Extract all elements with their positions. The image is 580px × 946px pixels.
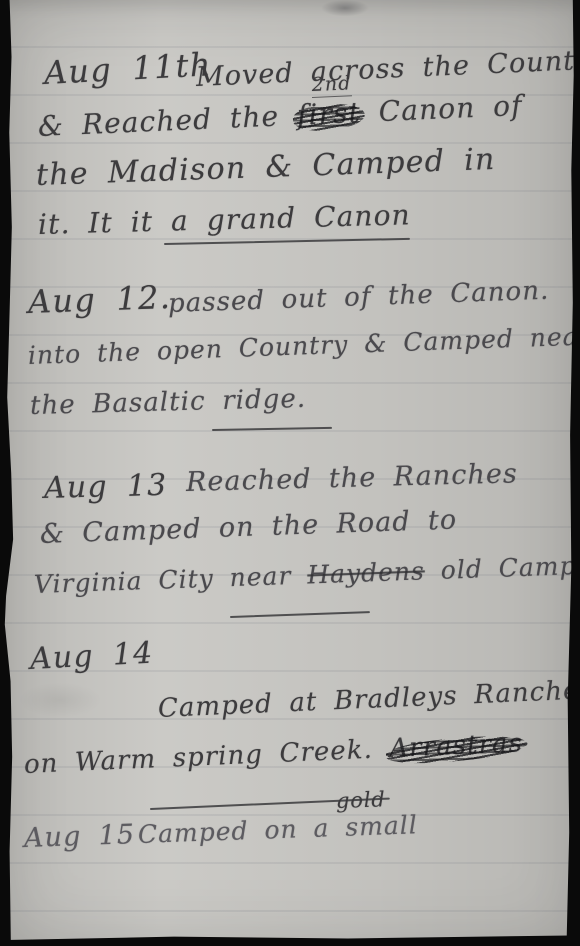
entry-aug11-line4-underlined: a grand Canon	[171, 198, 412, 237]
entry-aug11-line4-pre: it. It it	[38, 205, 154, 241]
entry-aug13-line3-post: old Camp	[440, 551, 577, 585]
entry-aug11-crossed-out-text: first	[296, 96, 361, 132]
entry-aug11-line2-post: Canon of	[378, 89, 523, 128]
entry-aug12-line3-pre: the Basaltic	[30, 386, 206, 421]
entry-aug14-crossed-out-word: Arrastras	[389, 728, 524, 764]
entry-aug11-crossed-out-word: first 2nd	[296, 96, 361, 132]
entry-aug13-date: Aug 13	[44, 468, 168, 506]
entry-aug11-insertion-2nd: 2nd	[311, 72, 352, 98]
entry-aug15-date: Aug 15	[23, 819, 135, 854]
notebook-photo: Aug 11th Moved across the Country & Reac…	[0, 0, 580, 946]
entry-aug14-crossed-out-text: Arrastras	[389, 728, 524, 764]
entry-aug12-date: Aug 12.	[27, 278, 171, 321]
entry-aug12-line3-underlined: ridge.	[222, 384, 307, 416]
entry-aug13-struck-word: Haydens	[307, 556, 426, 589]
entry-aug14-date: Aug 14	[29, 636, 154, 677]
